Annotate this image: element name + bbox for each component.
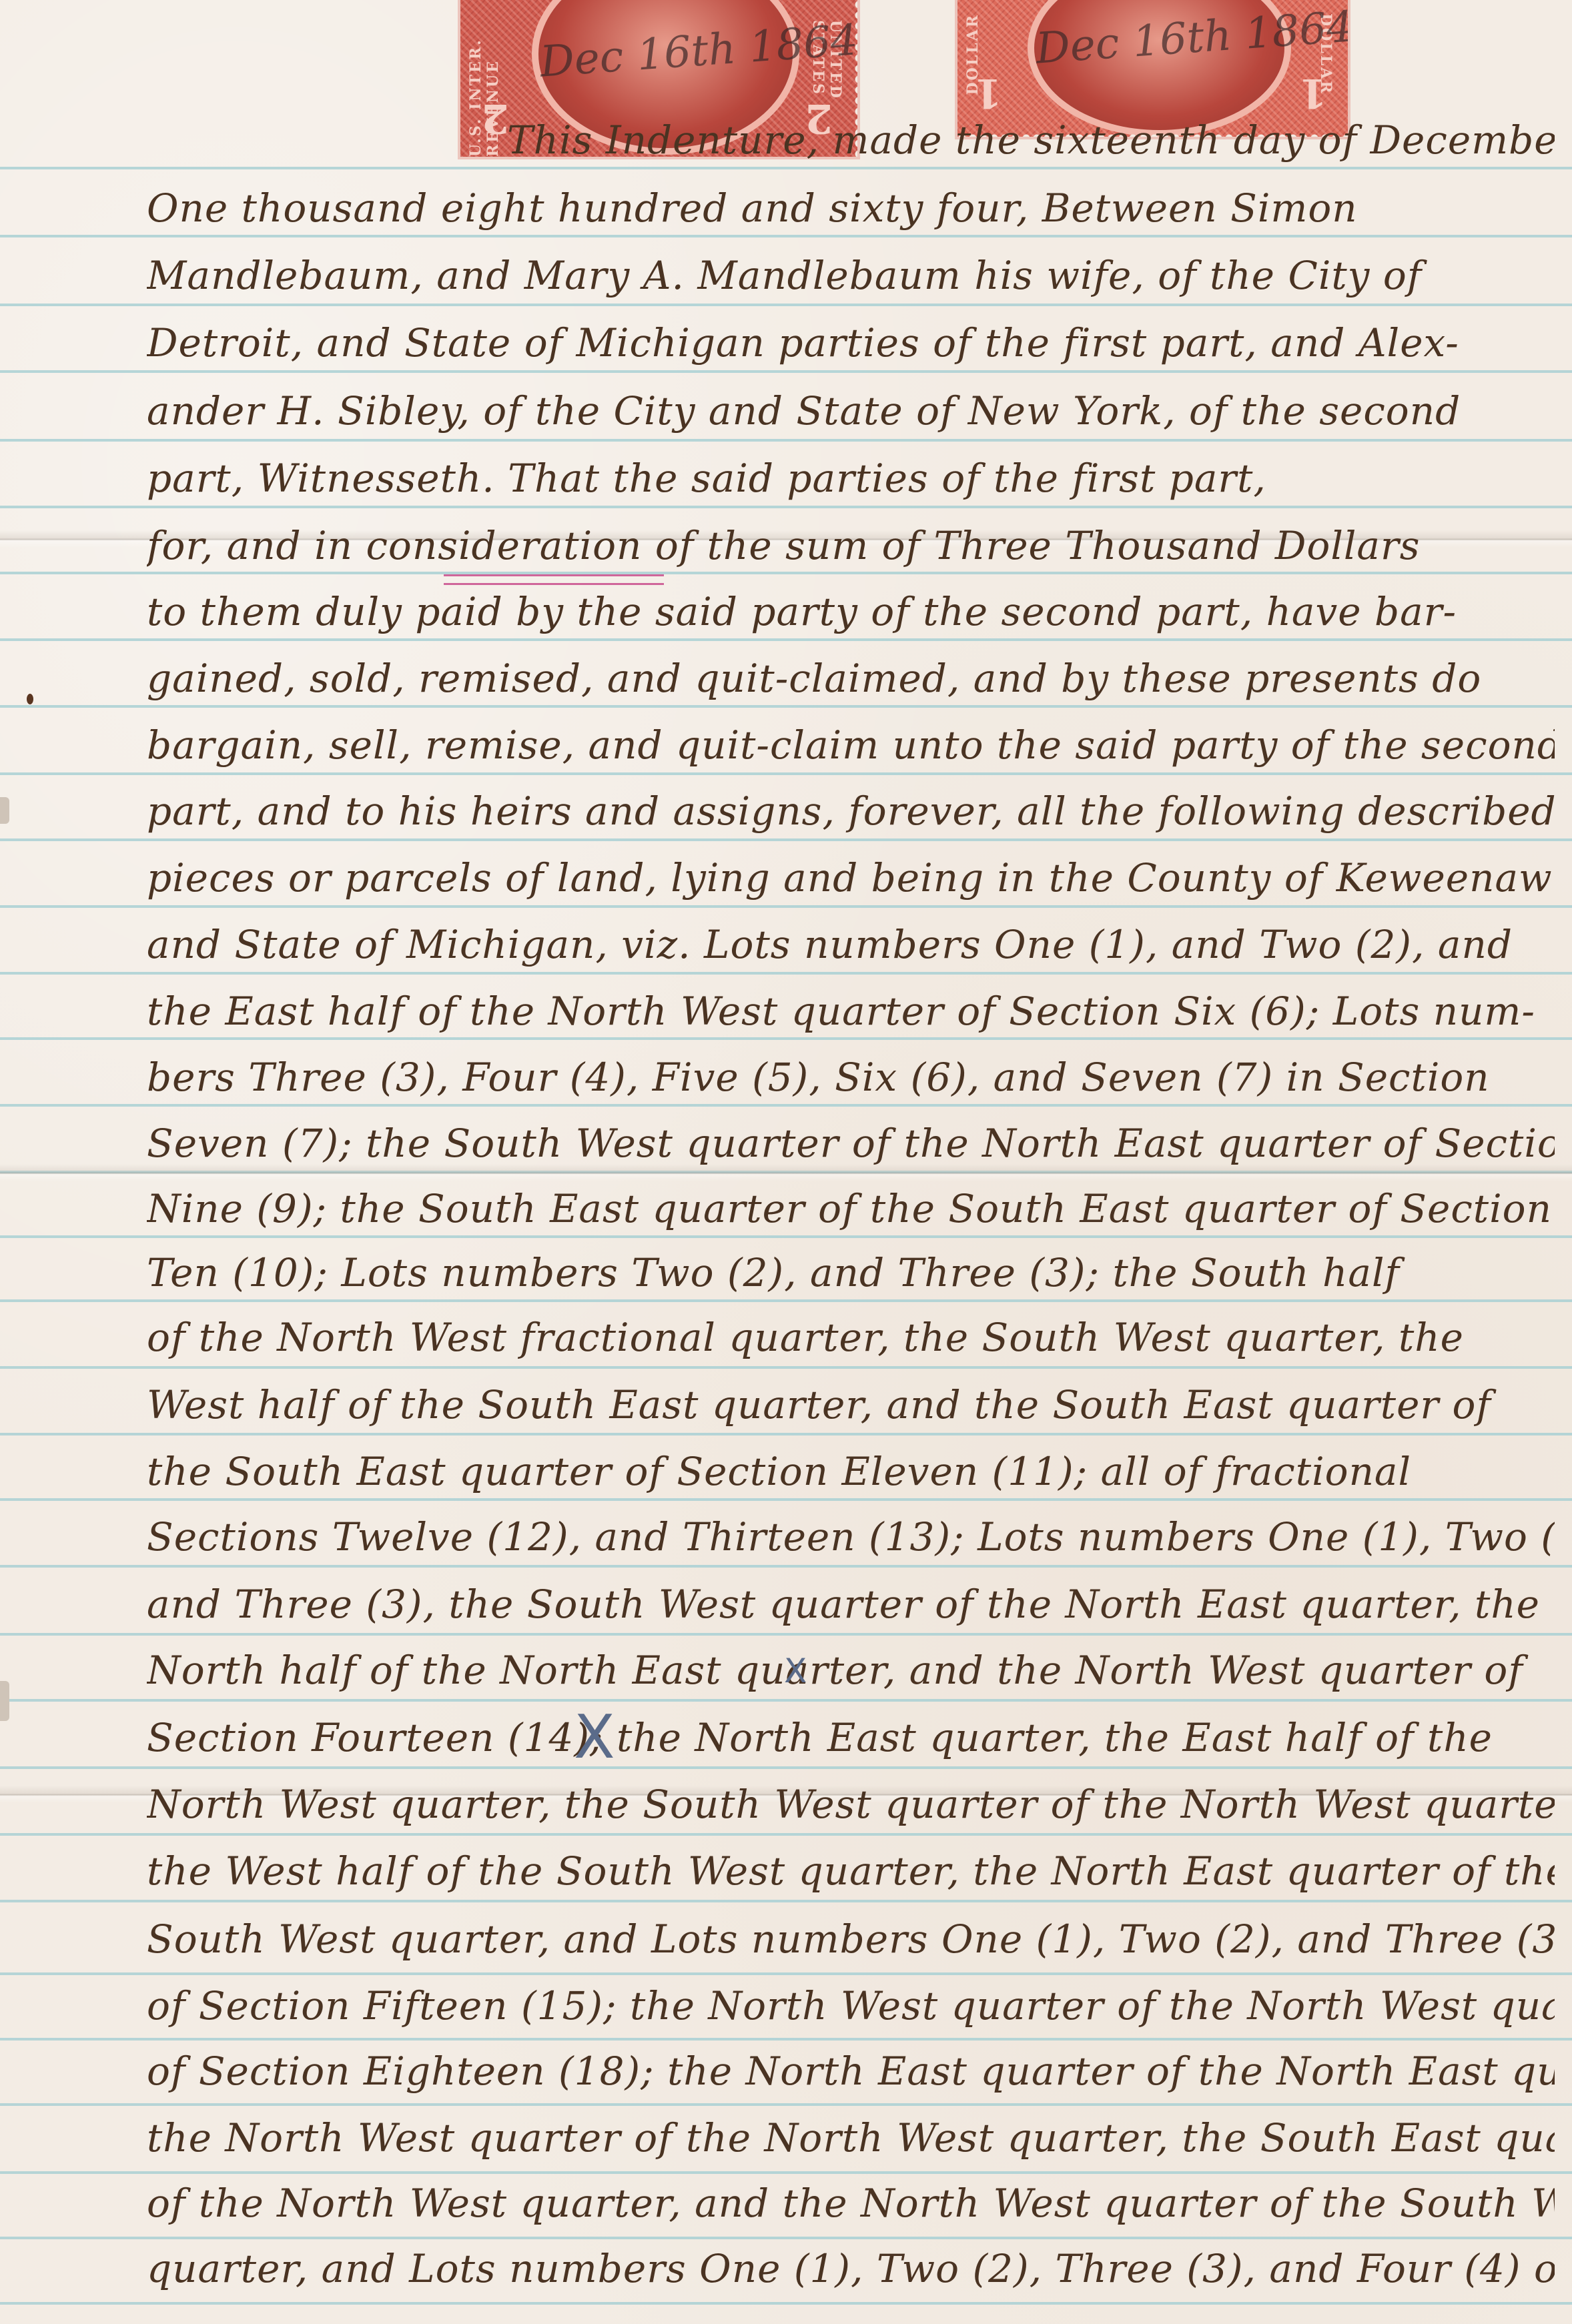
- text-line: bargain, sell, remise, and quit-claim un…: [147, 712, 1555, 778]
- text-line: bers Three (3), Four (4), Five (5), Six …: [147, 1044, 1555, 1111]
- text-line: Detroit, and State of Michigan parties o…: [147, 310, 1555, 376]
- text-line: of the North West fractional quarter, th…: [147, 1304, 1555, 1371]
- insertion-mark: X: [574, 1708, 615, 1768]
- text-line: West half of the South East quarter, and…: [147, 1371, 1555, 1438]
- ink-blot: [27, 694, 33, 704]
- text-line: This Indenture, made the sixteenth day o…: [147, 107, 1555, 173]
- text-line: gained, sold, remised, and quit-claimed,…: [147, 645, 1555, 712]
- ruled-line: [0, 2302, 1572, 2305]
- text-line: Mandlebaum, and Mary A. Mandlebaum his w…: [147, 242, 1555, 309]
- text-line: part, Witnesseth. That the said parties …: [147, 445, 1555, 512]
- text-line: for, and in consideration of the sum of …: [147, 512, 1555, 579]
- text-line: Ten (10); Lots numbers Two (2), and Thre…: [147, 1239, 1555, 1306]
- text-line: to them duly paid by the said party of t…: [147, 578, 1555, 645]
- binding-mark: [0, 797, 9, 824]
- text-line: the South East quarter of Section Eleven…: [147, 1438, 1555, 1505]
- text-line: of Section Eighteen (18); the North East…: [147, 2038, 1555, 2105]
- amount-underline: [444, 574, 664, 585]
- text-line: of Section Fifteen (15); the North West …: [147, 1972, 1555, 2039]
- text-line: and State of Michigan, viz. Lots numbers…: [147, 911, 1555, 978]
- text-line: part, and to his heirs and assigns, fore…: [147, 778, 1555, 844]
- text-line: North half of the North East quarter, an…: [147, 1637, 1555, 1704]
- text-line: the North West quarter of the North West…: [147, 2105, 1555, 2171]
- insertion-mark: X: [784, 1641, 807, 1701]
- text-line: and Three (3), the South West quarter of…: [147, 1571, 1555, 1638]
- text-line: Sections Twelve (12), and Thirteen (13);…: [147, 1504, 1555, 1570]
- text-line: South West quarter, and Lots numbers One…: [147, 1906, 1555, 1972]
- deed-page: U.S. INTER. REVENUE UNITED STATES 2 2 De…: [0, 0, 1572, 2324]
- text-line: Section Fourteen (14); the North East qu…: [147, 1704, 1555, 1771]
- text-line: One thousand eight hundred and sixty fou…: [147, 175, 1555, 241]
- text-line: Nine (9); the South East quarter of the …: [147, 1175, 1555, 1242]
- text-line: Seven (7); the South West quarter of the…: [147, 1110, 1555, 1177]
- text-line: quarter, and Lots numbers One (1), Two (…: [147, 2235, 1555, 2302]
- binding-mark: [0, 1681, 9, 1721]
- text-line: ander H. Sibley, of the City and State o…: [147, 378, 1555, 444]
- text-line: the East half of the North West quarter …: [147, 978, 1555, 1045]
- text-line: pieces or parcels of land, lying and bei…: [147, 844, 1555, 911]
- text-line: the West half of the South West quarter,…: [147, 1838, 1555, 1904]
- text-line: North West quarter, the South West quart…: [147, 1771, 1555, 1838]
- text-line: of the North West quarter, and the North…: [147, 2170, 1555, 2237]
